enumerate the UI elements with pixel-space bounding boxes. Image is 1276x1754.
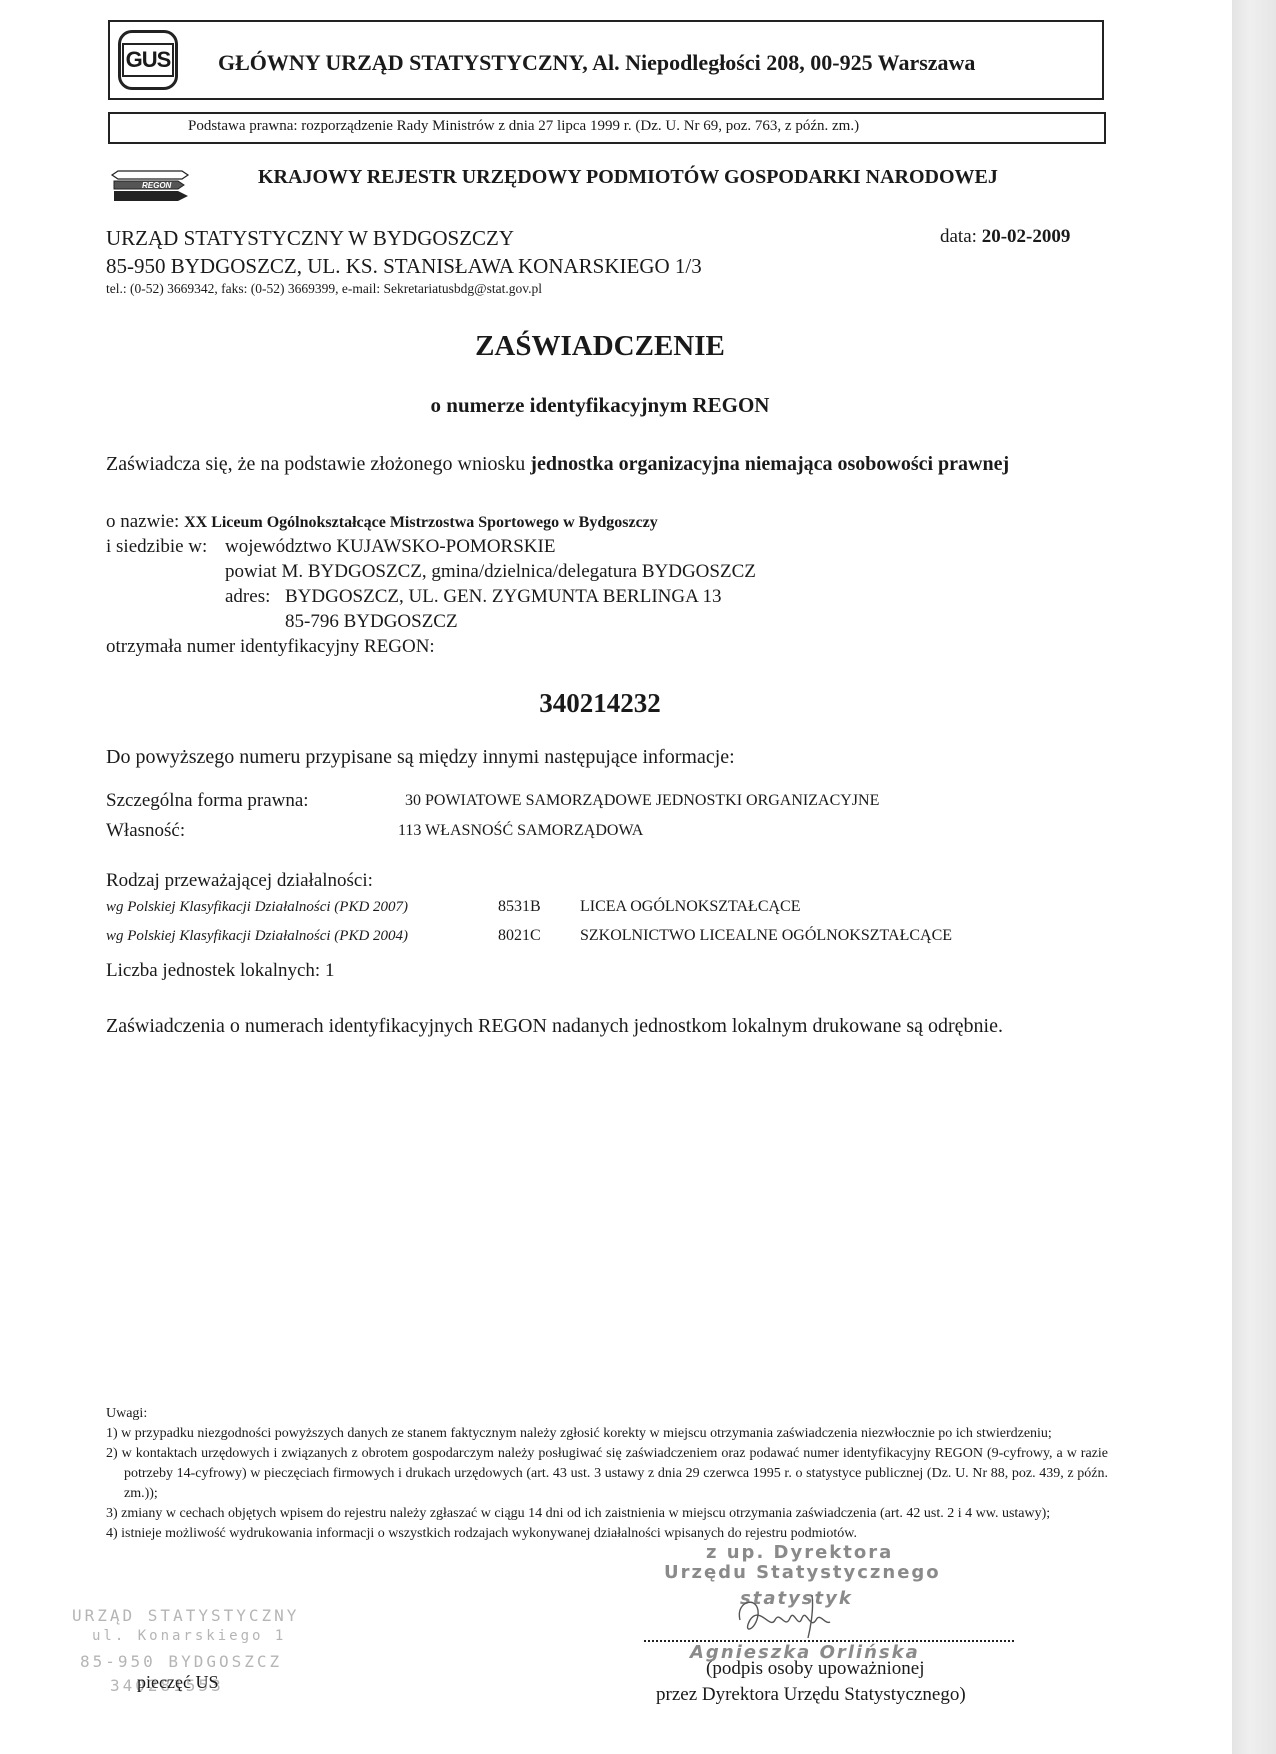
- date-value: 20-02-2009: [982, 226, 1071, 247]
- signature-stamp-line-1: z up. Dyrektora: [706, 1542, 893, 1563]
- entity-type: jednostka organizacyjna niemająca osobow…: [530, 453, 1009, 475]
- notes-section: Uwagi: 1) w przypadku niezgodności powyż…: [106, 1404, 1108, 1544]
- register-title: KRAJOWY REJESTR URZĘDOWY PODMIOTÓW GOSPO…: [258, 166, 998, 189]
- office-stamp-line-3: 85-950 BYDGOSZCZ: [80, 1652, 282, 1671]
- note-item-3: 3) zmiany w cechach objętych wpisem do r…: [106, 1504, 1108, 1524]
- office-address: 85-950 BYDGOSZCZ, UL. KS. STANISŁAWA KON…: [106, 254, 702, 279]
- office-name: URZĄD STATYSTYCZNY W BYDGOSZCZY: [106, 226, 514, 251]
- gus-logo-text: GUS: [122, 43, 175, 77]
- signature-caption-1: (podpis osoby upoważnionej: [706, 1658, 924, 1680]
- document-title: ZAŚWIADCZENIE: [0, 330, 1200, 363]
- seat-line-1: województwo KUJAWSKO-POMORSKIE: [225, 536, 555, 558]
- regon-logo-icon: REGON: [108, 165, 192, 203]
- local-units-note: Zaświadczenia o numerach identyfikacyjny…: [106, 1012, 1106, 1040]
- entity-name: XX Liceum Ogólnokształcące Mistrzostwa S…: [184, 514, 658, 531]
- assigned-info-intro: Do powyższego numeru przypisane są międz…: [106, 746, 735, 769]
- header-title: GŁÓWNY URZĄD STATYSTYCZNY, Al. Niepodleg…: [218, 50, 975, 76]
- local-units: Liczba jednostek lokalnych: 1: [106, 960, 334, 982]
- address-line-1: BYDGOSZCZ, UL. GEN. ZYGMUNTA BERLINGA 13: [285, 586, 722, 608]
- activity-classification-2004: wg Polskiej Klasyfikacji Działalności (P…: [106, 928, 408, 945]
- office-stamp-caption: pieczęć US: [137, 1672, 218, 1693]
- office-contact: tel.: (0-52) 3669342, faks: (0-52) 36693…: [106, 281, 542, 297]
- address-label: adres:: [225, 586, 270, 608]
- intro-text: Zaświadcza się, że na podstawie złożoneg…: [106, 453, 525, 475]
- activity-label: Rodzaj przeważającej działalności:: [106, 870, 373, 892]
- gus-logo: GUS: [118, 30, 178, 90]
- intro-paragraph: Zaświadcza się, że na podstawie złożoneg…: [106, 450, 1106, 478]
- regon-number: 340214232: [0, 688, 1200, 719]
- handwritten-signature-icon: [730, 1590, 860, 1640]
- seat-label: i siedzibie w:: [106, 536, 207, 558]
- document-subtitle: o numerze identyfikacyjnym REGON: [0, 393, 1200, 418]
- activity-code-2004: 8021C: [498, 927, 541, 945]
- name-label: o nazwie:: [106, 511, 179, 532]
- activity-description-2004: SZKOLNICTWO LICEALNE OGÓLNOKSZTAŁCĄCE: [580, 927, 952, 945]
- notes-heading: Uwagi:: [106, 1404, 1108, 1424]
- activity-code-2007: 8531B: [498, 898, 541, 916]
- activity-description-2007: LICEA OGÓLNOKSZTAŁCĄCE: [580, 898, 800, 916]
- note-item-4: 4) istnieje możliwość wydrukowania infor…: [106, 1524, 1108, 1544]
- received-label: otrzymała numer identyfikacyjny REGON:: [106, 636, 435, 658]
- legal-form-value: 30 POWIATOWE SAMORZĄDOWE JEDNOSTKI ORGAN…: [405, 792, 879, 810]
- office-stamp-line-1: URZĄD STATYSTYCZNY: [72, 1606, 299, 1625]
- scan-edge-strip: [1232, 0, 1276, 1754]
- date-label: data:: [940, 226, 977, 247]
- note-item-1: 1) w przypadku niezgodności powyższych d…: [106, 1424, 1108, 1444]
- signature-stamp-line-2: Urzędu Statystycznego: [664, 1562, 941, 1583]
- issue-date: data: 20-02-2009: [940, 226, 1070, 248]
- office-stamp-line-2: ul. Konarskiego 1: [92, 1628, 286, 1644]
- legal-basis: Podstawa prawna: rozporządzenie Rady Min…: [188, 118, 859, 135]
- name-row: o nazwie: XX Liceum Ogólnokształcące Mis…: [106, 511, 658, 533]
- signature-caption-2: przez Dyrektora Urzędu Statystycznego): [656, 1684, 966, 1706]
- ownership-label: Własność:: [106, 820, 185, 842]
- note-item-2: 2) w kontaktach urzędowych i związanych …: [106, 1444, 1108, 1504]
- activity-classification-2007: wg Polskiej Klasyfikacji Działalności (P…: [106, 899, 408, 916]
- svg-text:REGON: REGON: [142, 181, 172, 190]
- seat-line-2: powiat M. BYDGOSZCZ, gmina/dzielnica/del…: [225, 561, 756, 583]
- ownership-value: 113 WŁASNOŚĆ SAMORZĄDOWA: [398, 822, 643, 840]
- address-line-2: 85-796 BYDGOSZCZ: [285, 611, 458, 633]
- legal-form-label: Szczególna forma prawna:: [106, 790, 309, 812]
